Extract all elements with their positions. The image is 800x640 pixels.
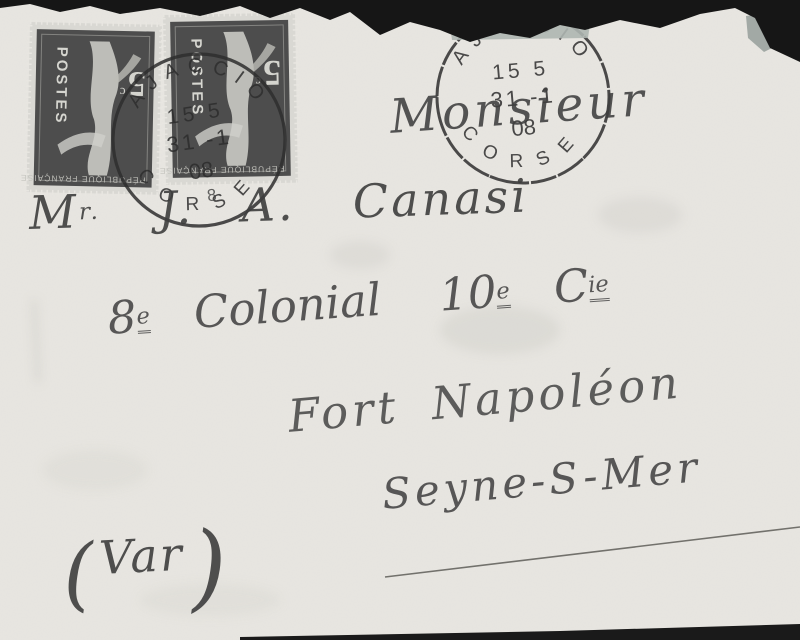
stamp-postes-label: POSTES [52, 46, 71, 125]
postage-stamp-right: POSTES 5 c RÉPUBLIQUE FRANÇAISE [156, 13, 298, 185]
addressee-initials: J. A. [157, 177, 296, 236]
honorific: Mr. [28, 183, 102, 239]
handwriting-department-line: (Var) [60, 511, 230, 628]
close-paren: ) [187, 511, 229, 622]
envelope-photo: POSTES 5 c RÉPUBLIQUE FRANÇAISE POSTES 5… [0, 0, 800, 640]
company-number: 10e [437, 264, 511, 322]
department-name: Var [98, 527, 185, 585]
company-abbreviation: Cie [552, 257, 611, 314]
open-paren: ( [60, 526, 96, 621]
addressee-surname: Canasi [352, 169, 530, 229]
regiment-number: 8e [106, 289, 152, 345]
